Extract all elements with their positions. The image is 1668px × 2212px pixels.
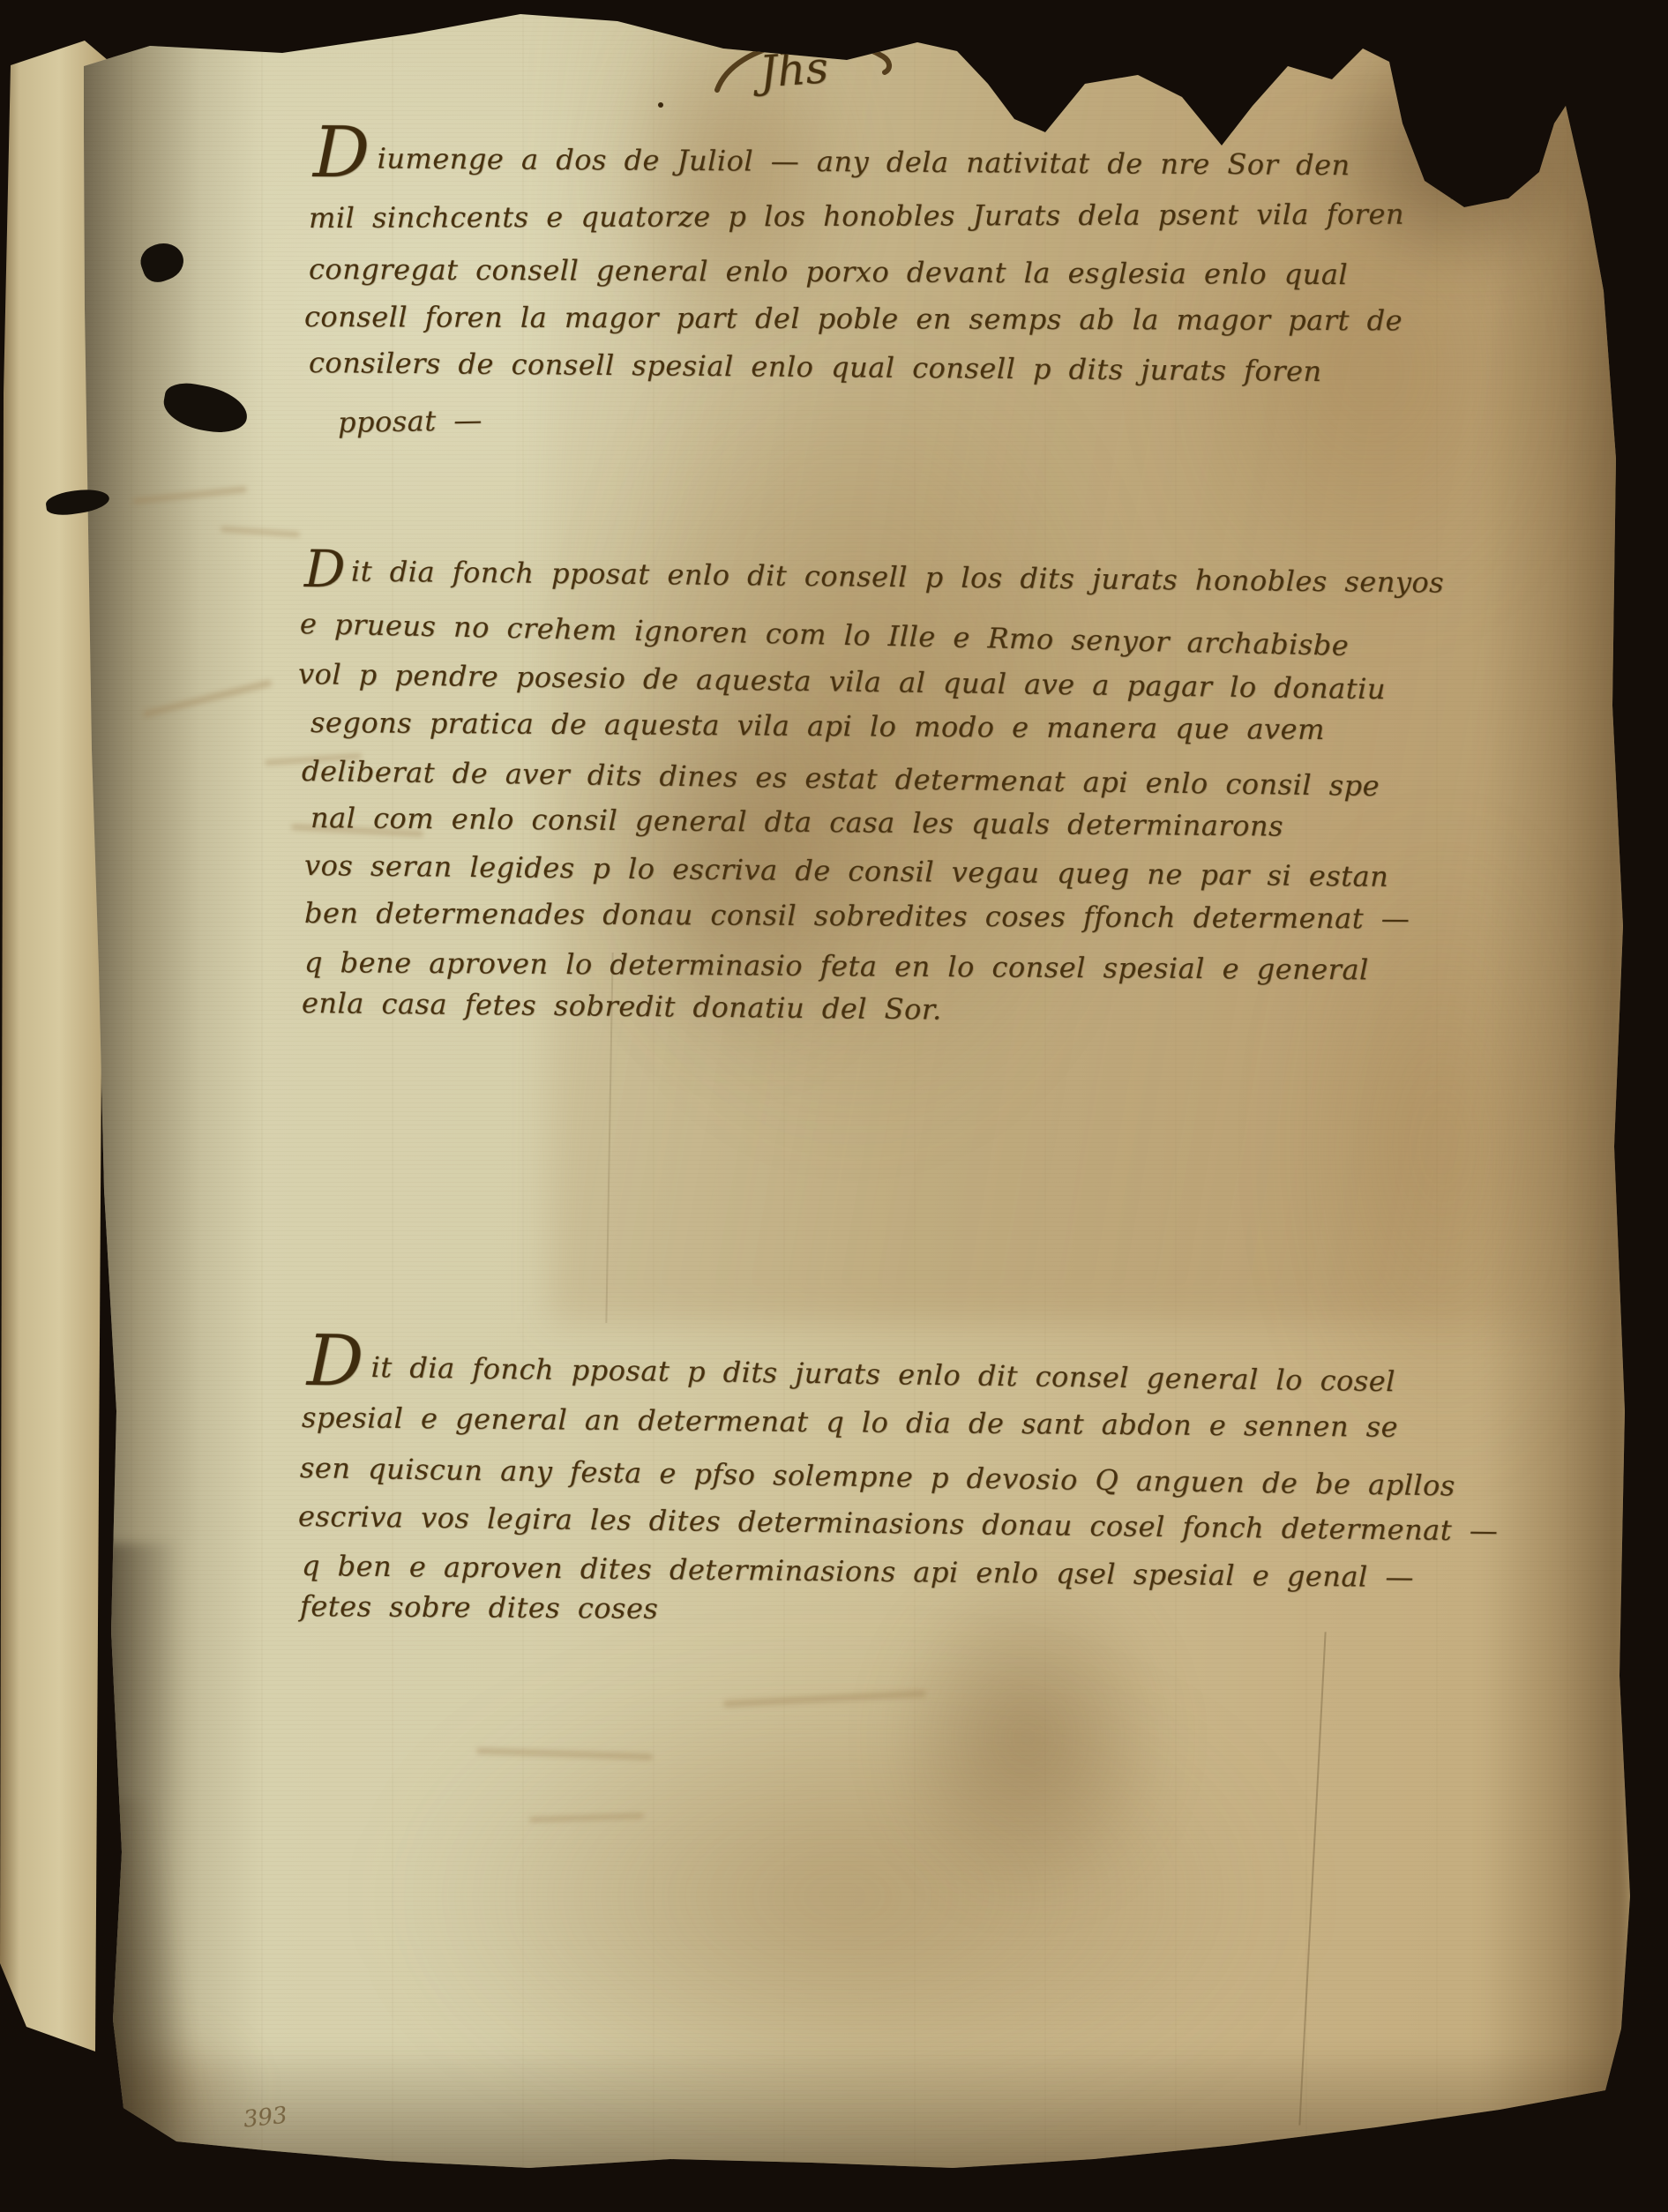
- ihs-monogram: Jhs: [701, 21, 904, 127]
- initial-capital: D: [304, 539, 347, 599]
- ink-dot: [658, 102, 663, 108]
- folio-number-top-right: 341: [1462, 71, 1533, 123]
- text-line: consell foren la magor part del poble en…: [304, 300, 1402, 337]
- text-line: ben determenades donau consil sobredites…: [304, 896, 1410, 936]
- manuscript-page: Jhs 341 393 Diumenge a dos de Juliol — a…: [0, 0, 1668, 2212]
- text-line-content: it dia fonch pposat enlo dit consell p l…: [351, 555, 1445, 600]
- text-line: escriva vos legira les dites determinasi…: [298, 1499, 1499, 1548]
- text-line: Dit dia fonch pposat enlo dit consell p …: [304, 554, 1445, 600]
- text-line: nal com enlo consil general dta casa les…: [310, 801, 1283, 843]
- text-line: sen quiscun any festa e pfso solempne p …: [300, 1451, 1455, 1503]
- text-line-content: it dia fonch pposat p dits jurats enlo d…: [370, 1350, 1395, 1398]
- text-line: Diumenge a dos de Juliol — any dela nati…: [313, 141, 1350, 182]
- bleedthrough-mark: [476, 1748, 653, 1760]
- text-line: Dit dia fonch pposat p dits jurats enlo …: [307, 1349, 1395, 1398]
- initial-capital: D: [313, 111, 370, 193]
- bleedthrough-mark: [529, 1813, 644, 1823]
- text-line: vos seran legides p lo escriva de consil…: [304, 848, 1389, 893]
- bleedthrough-mark: [723, 1690, 926, 1708]
- bottom-edge-shadow: [88, 2046, 1632, 2187]
- text-line: enla casa fetes sobredit donatiu del Sor…: [302, 986, 942, 1027]
- folio-number-bottom-left: 393: [243, 2102, 289, 2133]
- text-line: congregat consell general enlo porxo dev…: [309, 252, 1348, 291]
- text-line: mil sinchcents e quatorze p los honobles…: [309, 198, 1404, 235]
- pencil-scribble: [1456, 56, 1471, 107]
- text-line: pposat —: [338, 403, 482, 439]
- text-line: vol p pendre posesio de aquesta vila al …: [298, 657, 1386, 706]
- manuscript-scan: Jhs 341 393 Diumenge a dos de Juliol — a…: [0, 0, 1668, 2212]
- monogram-text: Jhs: [758, 41, 830, 97]
- text-line: e prueus no crehem ignoren com lo Ille e…: [300, 607, 1350, 662]
- initial-capital: D: [306, 1319, 364, 1402]
- text-line: spesial e general an determenat q lo dia…: [302, 1401, 1398, 1444]
- text-line: fetes sobre dites coses: [300, 1589, 659, 1625]
- text-line: consilers de consell spesial enlo qual c…: [309, 346, 1322, 388]
- text-line: q bene aproven lo determinasio feta en l…: [304, 945, 1369, 986]
- text-line: q ben e aproven dites determinasions api…: [302, 1549, 1414, 1594]
- page-curl-shadow: [101, 1799, 234, 2178]
- right-edge-darkening: [1482, 0, 1632, 2212]
- text-line: deliberat de aver dits dines es estat de…: [302, 754, 1380, 803]
- text-line-content: iumenge a dos de Juliol — any dela nativ…: [378, 142, 1350, 183]
- text-line: segons pratica de aquesta vila api lo mo…: [310, 706, 1325, 746]
